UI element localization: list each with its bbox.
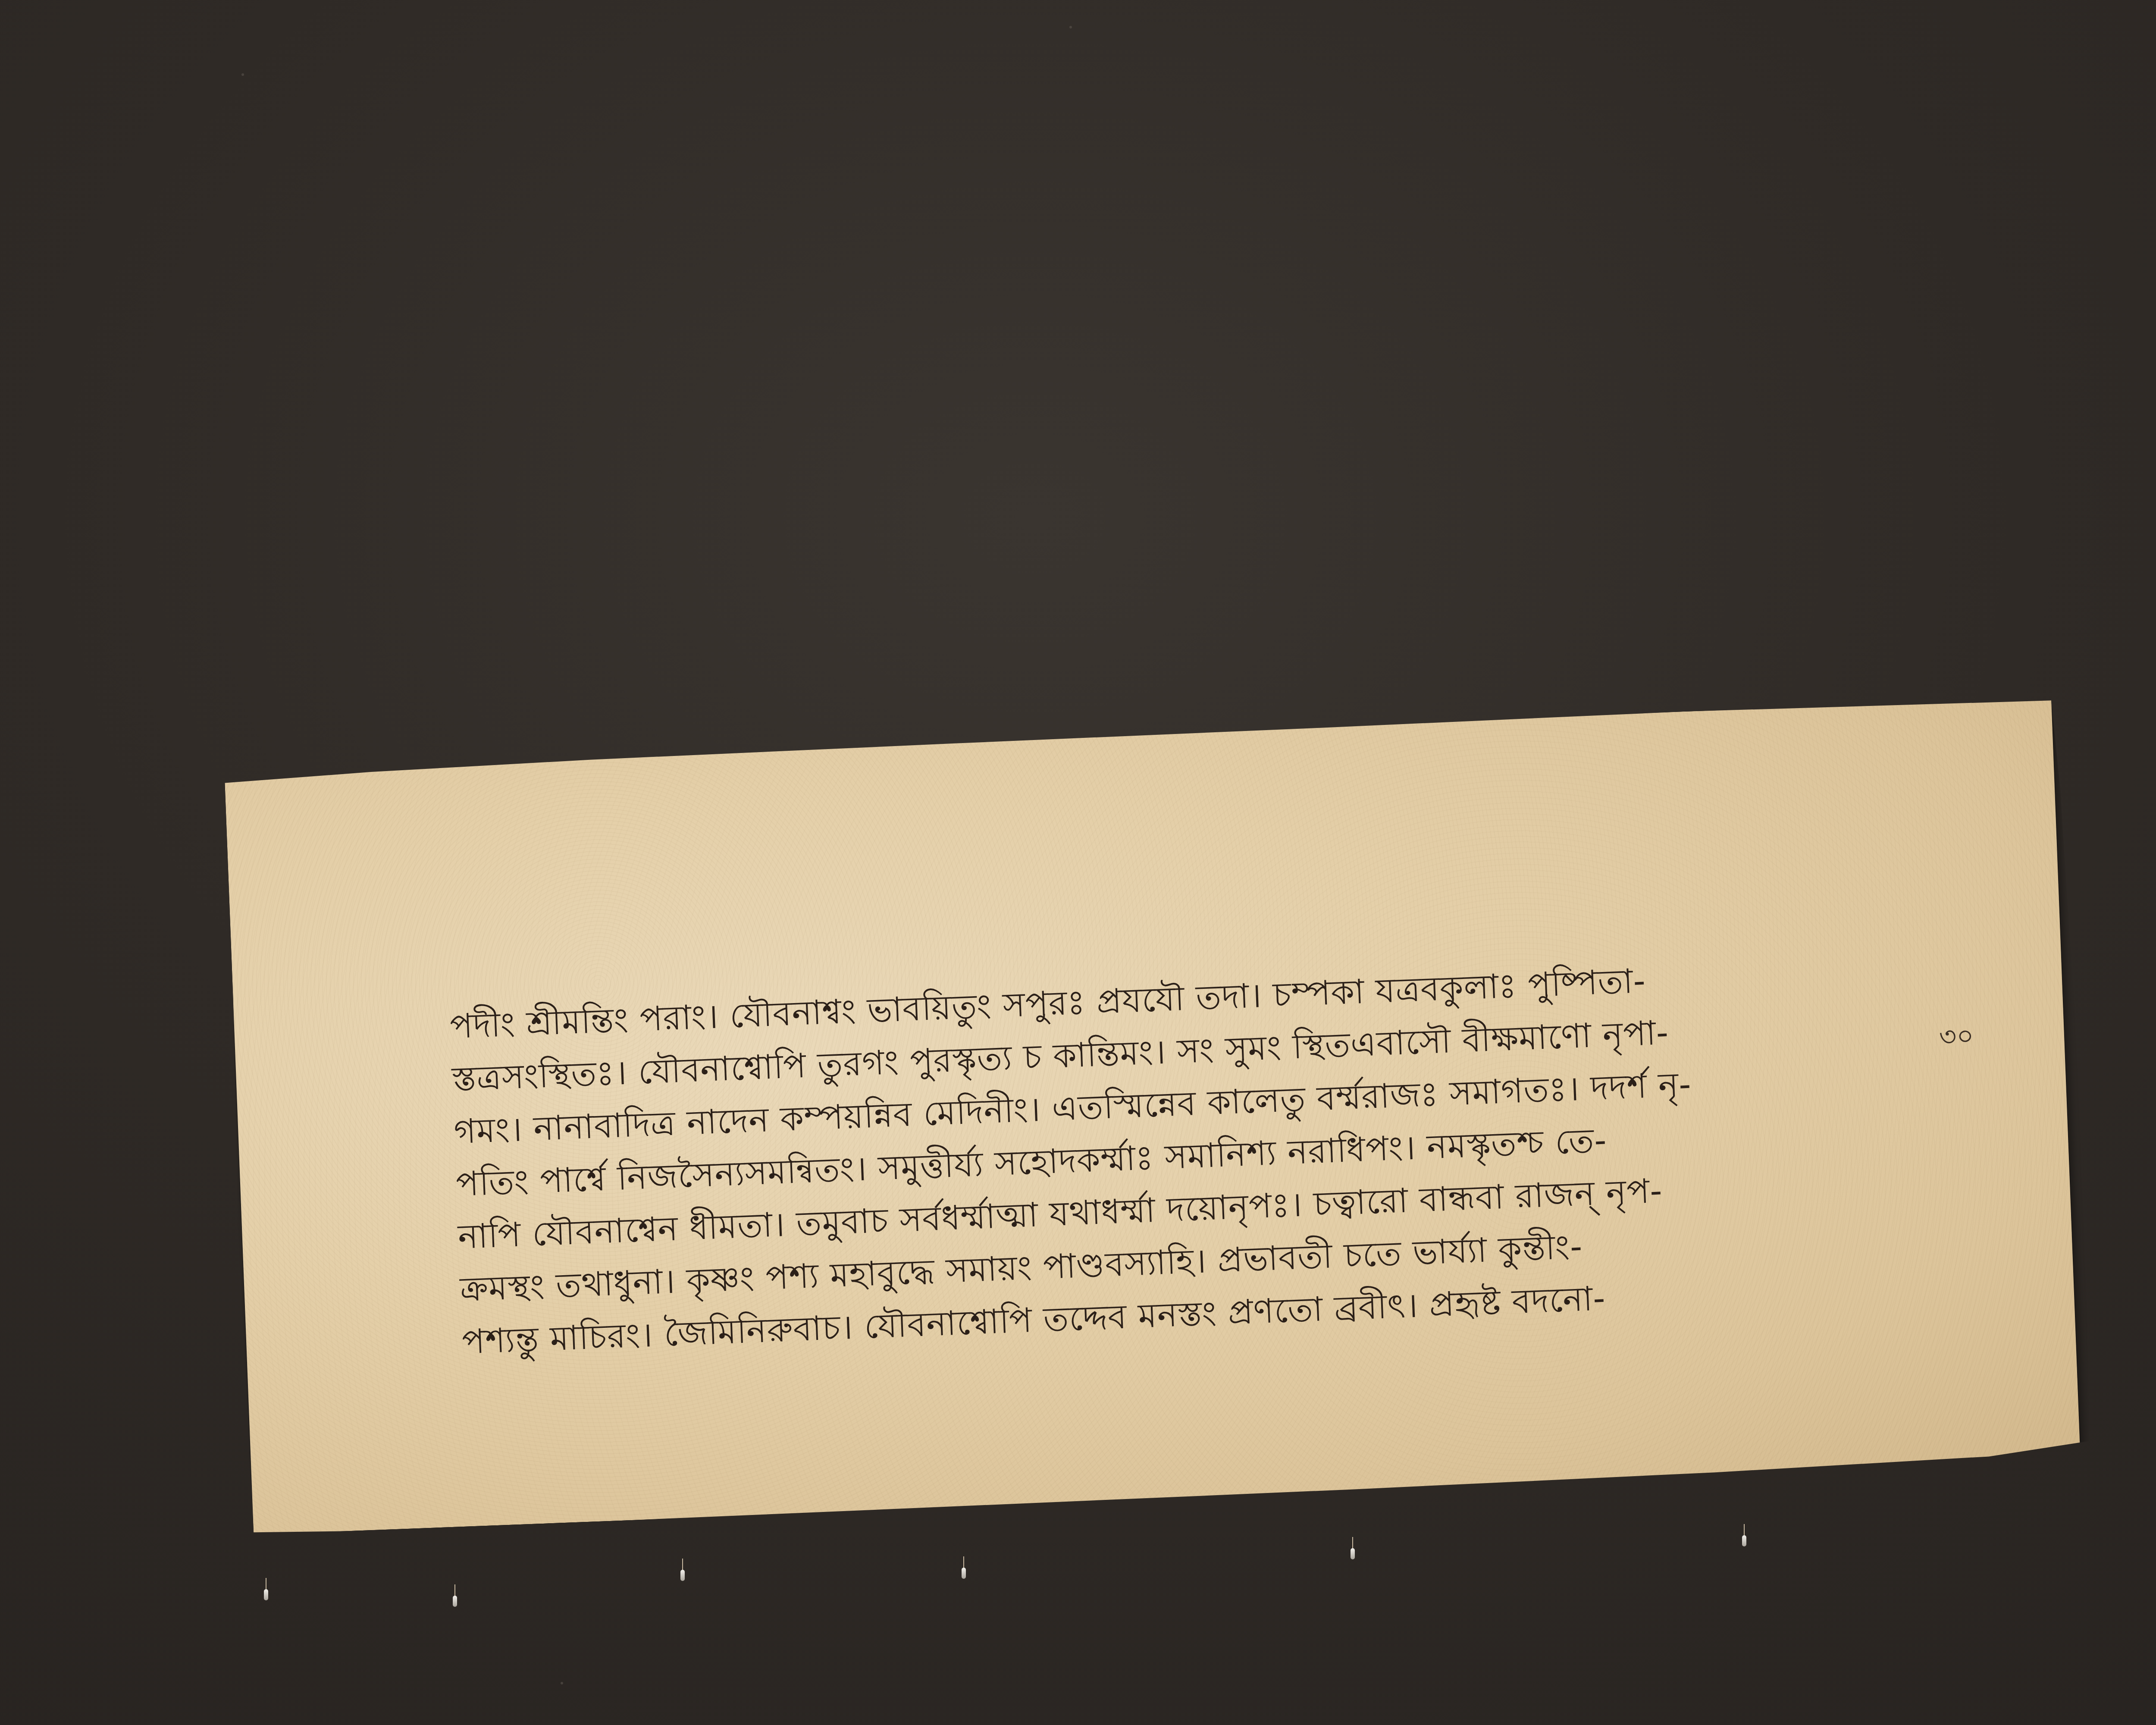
folio-number: ৩০ <box>1938 1016 1975 1061</box>
manuscript-leaf: পদীং শ্রীমন্তিং পরাং। যৌবনাশ্বং ভাবয়িতু… <box>224 697 2081 1534</box>
mounting-pin-icon <box>680 1570 685 1581</box>
mounting-pin-icon <box>1742 1535 1746 1546</box>
mounting-pin-icon <box>962 1568 966 1579</box>
mounting-pin-icon <box>264 1589 268 1600</box>
mounting-pin-icon <box>1351 1548 1355 1559</box>
dust-speck <box>561 1682 563 1684</box>
dust-speck <box>241 73 244 76</box>
dust-speck <box>1069 26 1072 28</box>
mounting-pin-icon <box>453 1596 457 1607</box>
manuscript-text: পদীং শ্রীমন্তিং পরাং। যৌবনাশ্বং ভাবয়িতু… <box>449 939 2057 1368</box>
